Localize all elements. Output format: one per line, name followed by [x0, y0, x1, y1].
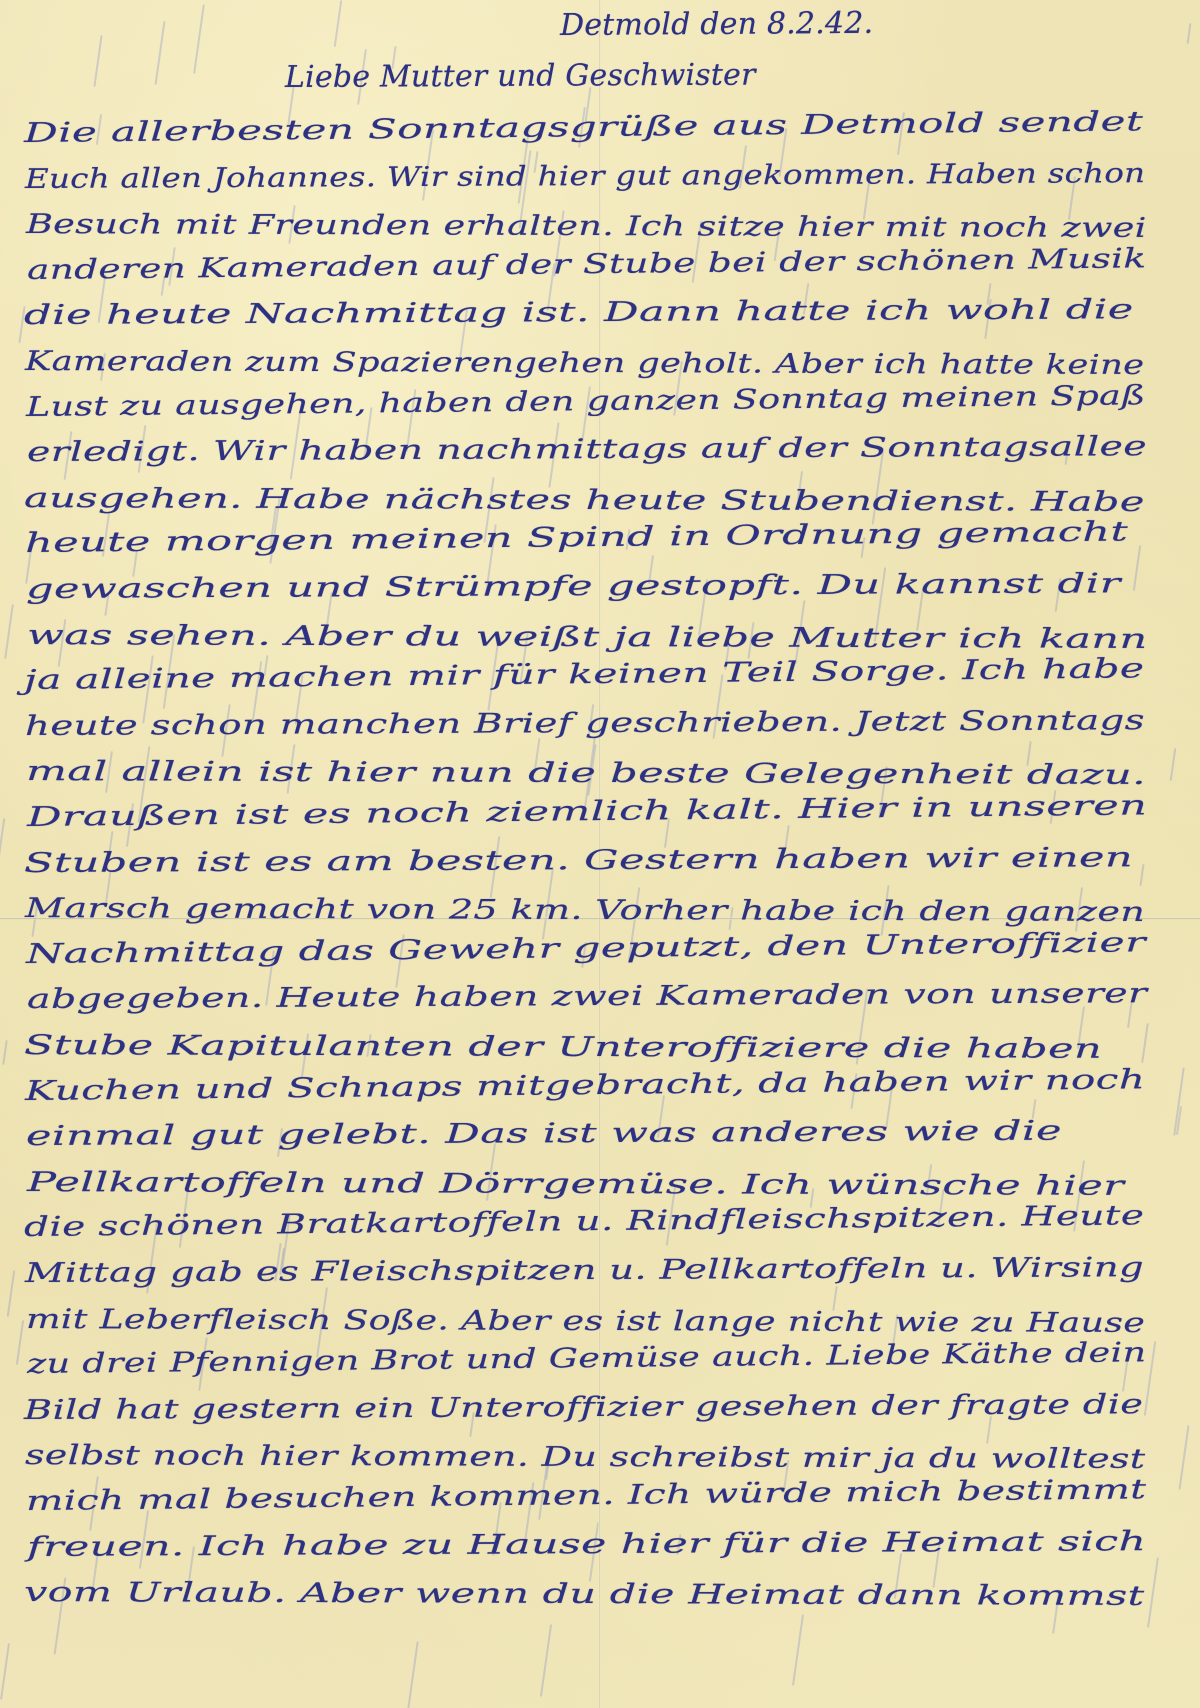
letter-line: vom Urlaub. Aber wenn du die Heimat dann…: [24, 1577, 1145, 1612]
letter-line: die heute Nachmittag ist. Dann hatte ich…: [24, 295, 1134, 332]
letter-line: was sehen. Aber du weißt ja liebe Mutter…: [27, 620, 1148, 655]
letter-line: ausgehen. Habe nächstes heute Stubendien…: [24, 483, 1145, 518]
letter-line: Kameraden zum Spazierengehen geholt. Abe…: [25, 346, 1145, 381]
letter-line: selbst noch hier kommen. Du schreibst mi…: [25, 1440, 1145, 1475]
letter-line: Bild hat gestern ein Unteroffizier geseh…: [24, 1389, 1143, 1426]
letter-line: Marsch gemacht von 25 km. Vorher habe ic…: [25, 893, 1145, 928]
letter-line: einmal gut gelebt. Das ist was anderes w…: [26, 1116, 1062, 1152]
letter-line: Besuch mit Freunden erhalten. Ich sitze …: [26, 209, 1147, 244]
letter-line: heute schon manchen Brief geschrieben. J…: [25, 705, 1145, 742]
letter-line: erledigt. Wir haben nachmittags auf der …: [27, 431, 1147, 468]
letter-line: mit Leberfleisch Soße. Aber es ist lange…: [26, 1304, 1145, 1339]
letter-line: gewaschen und Strümpfe gestopft. Du kann…: [26, 568, 1121, 605]
letter-line: abgegeben. Heute haben zwei Kameraden vo…: [27, 979, 1147, 1016]
letter-line: Stube Kapitulanten der Unteroffiziere di…: [24, 1030, 1102, 1065]
letter-line: freuen. Ich habe zu Hause hier für die H…: [27, 1526, 1147, 1563]
letter-line: mal allein ist hier nun die beste Gelege…: [26, 756, 1146, 791]
letter-place-date: Detmold den 8.2.42.: [560, 6, 874, 43]
letter-line: Stuben ist es am besten. Gestern haben w…: [24, 842, 1133, 879]
letter-line: Mittag gab es Fleischspitzen u. Pellkart…: [25, 1252, 1144, 1289]
letter-line: Euch allen Johannes. Wir sind hier gut a…: [25, 158, 1146, 195]
letter-salutation: Liebe Mutter und Geschwister: [285, 58, 756, 95]
letter-line: Pellkartoffeln und Dörrgemüse. Ich wünsc…: [27, 1167, 1124, 1202]
